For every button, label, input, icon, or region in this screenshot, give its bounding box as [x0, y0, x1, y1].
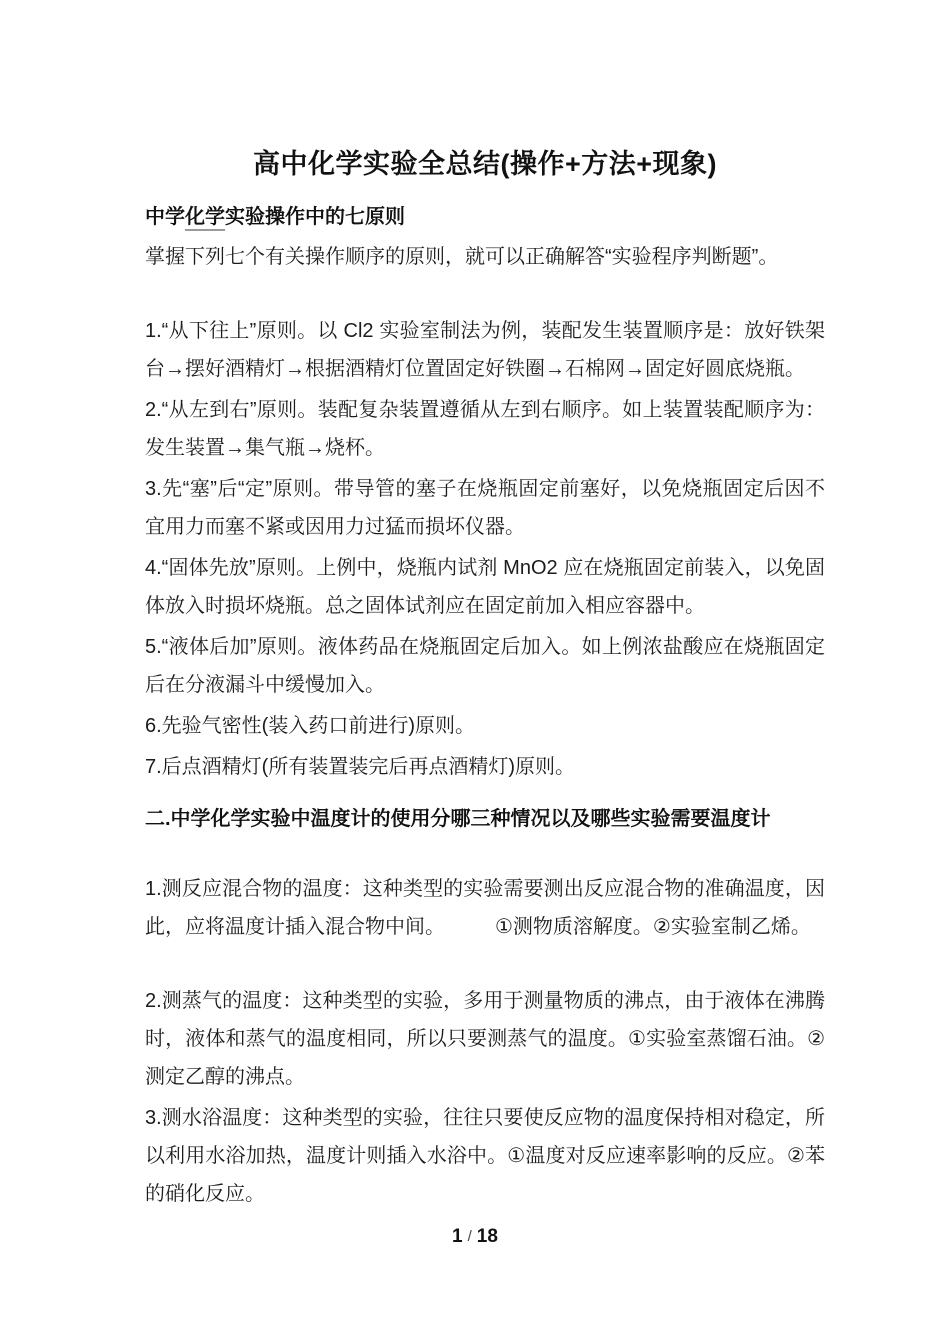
list-item: 5.“液体后加”原则。液体药品在烧瓶固定后加入。如上例浓盐酸应在烧瓶固定后在分液…: [145, 628, 825, 704]
page-number-footer: 1/18: [0, 1226, 950, 1248]
page-number-separator: /: [463, 1228, 477, 1245]
list-item: 3.先“塞”后“定”原则。带导管的塞子在烧瓶固定前塞好，以免烧瓶固定后因不宜用力…: [145, 470, 825, 546]
section1-heading-suffix: 实验操作中的七原则: [225, 206, 405, 228]
section1-heading-prefix: 中学: [145, 206, 185, 228]
section2-heading: 二.中学化学实验中温度计的使用分哪三种情况以及哪些实验需要温度计: [145, 806, 825, 832]
list-item: 1.“从下往上”原则。以 Cl2 实验室制法为例，装配发生装置顺序是：放好铁架台…: [145, 312, 825, 388]
section1-heading: 中学化学实验操作中的七原则: [145, 204, 825, 230]
list-item: 7.后点酒精灯(所有装置装完后再点酒精灯)原则。: [145, 748, 825, 786]
total-pages-number: 18: [477, 1226, 498, 1247]
current-page-number: 1: [452, 1226, 463, 1247]
list-item: 4.“固体先放”原则。上例中，烧瓶内试剂 MnO2 应在烧瓶固定前装入，以免固体…: [145, 549, 825, 625]
section1-heading-underlined-term: 化学: [185, 206, 225, 231]
list-item: 2.测蒸气的温度：这种类型的实验，多用于测量物质的沸点，由于液体在沸腾时，液体和…: [145, 982, 825, 1096]
list-item: 1.测反应混合物的温度：这种类型的实验需要测出反应混合物的准确温度，因此，应将温…: [145, 870, 825, 946]
list-item: 2.“从左到右”原则。装配复杂装置遵循从左到右顺序。如上装置装配顺序为：发生装置…: [145, 391, 825, 467]
page-title: 高中化学实验全总结(操作+方法+现象): [145, 146, 825, 182]
list-item: 6.先验气密性(装入药口前进行)原则。: [145, 707, 825, 745]
section1-intro: 掌握下列七个有关操作顺序的原则，就可以正确解答“实验程序判断题”。: [145, 238, 825, 276]
list-item: 3.测水浴温度：这种类型的实验，往往只要使反应物的温度保持相对稳定，所以利用水浴…: [145, 1099, 825, 1213]
document-page: 高中化学实验全总结(操作+方法+现象) 中学化学实验操作中的七原则 掌握下列七个…: [0, 0, 950, 1344]
